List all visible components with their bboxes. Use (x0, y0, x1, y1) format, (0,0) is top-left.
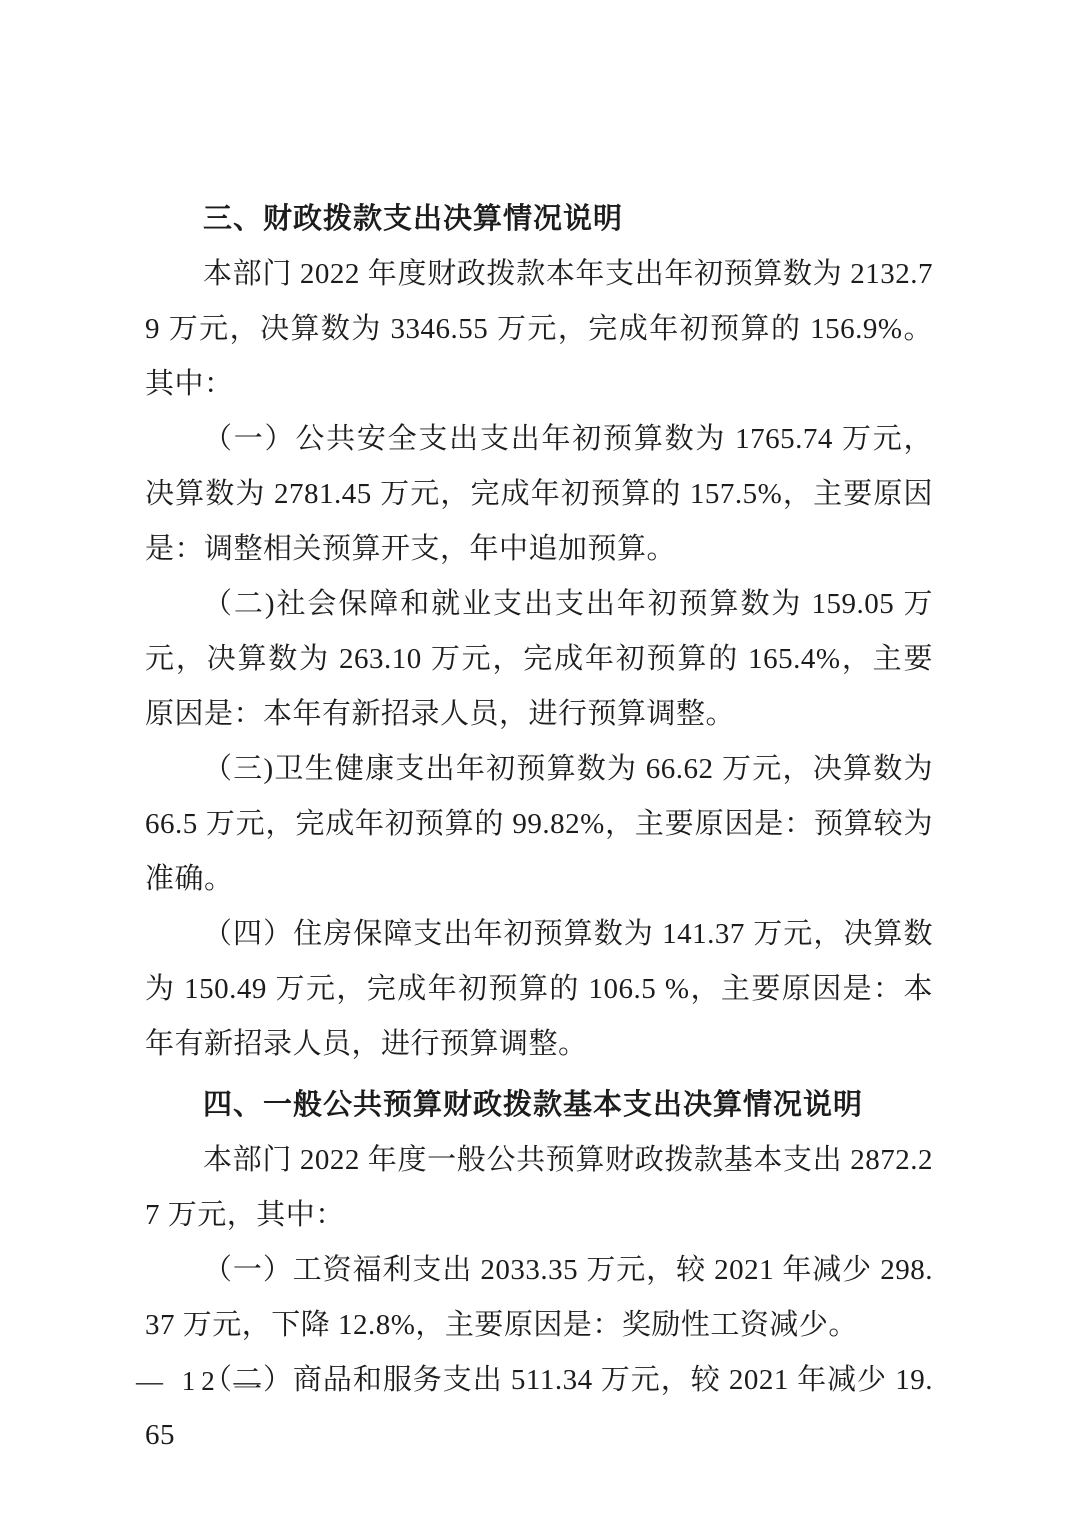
paragraph-basic-expenditure-total: 本部门 2022 年度一般公共预算财政拨款基本支出 2872.27 万元，其中： (145, 1133, 933, 1243)
document-body: 三、财政拨款支出决算情况说明 本部门 2022 年度财政拨款本年支出年初预算数为… (145, 192, 933, 1463)
paragraph-public-safety: （一）公共安全支出支出年初预算数为 1765.74 万元，决算数为 2781.4… (145, 412, 933, 577)
paragraph-overall-expenditure: 本部门 2022 年度财政拨款本年支出年初预算数为 2132.79 万元，决算数… (145, 247, 933, 412)
paragraph-salary-welfare: （一）工资福利支出 2033.35 万元，较 2021 年减少 298.37 万… (145, 1243, 933, 1353)
paragraph-social-security-employment: （二)社会保障和就业支出支出年初预算数为 159.05 万元，决算数为 263.… (145, 577, 933, 742)
paragraph-housing-security: （四）住房保障支出年初预算数为 141.37 万元，决算数为 150.49 万元… (145, 907, 933, 1072)
document-page: 三、财政拨款支出决算情况说明 本部门 2022 年度财政拨款本年支出年初预算数为… (0, 0, 1074, 1520)
page-number: — 12 — (136, 1366, 267, 1397)
paragraph-health: （三)卫生健康支出年初预算数为 66.62 万元，决算数为 66.5 万元，完成… (145, 742, 933, 907)
section-heading-fiscal-expenditure: 三、财政拨款支出决算情况说明 (145, 192, 933, 247)
section-heading-basic-expenditure: 四、一般公共预算财政拨款基本支出决算情况说明 (145, 1078, 933, 1133)
